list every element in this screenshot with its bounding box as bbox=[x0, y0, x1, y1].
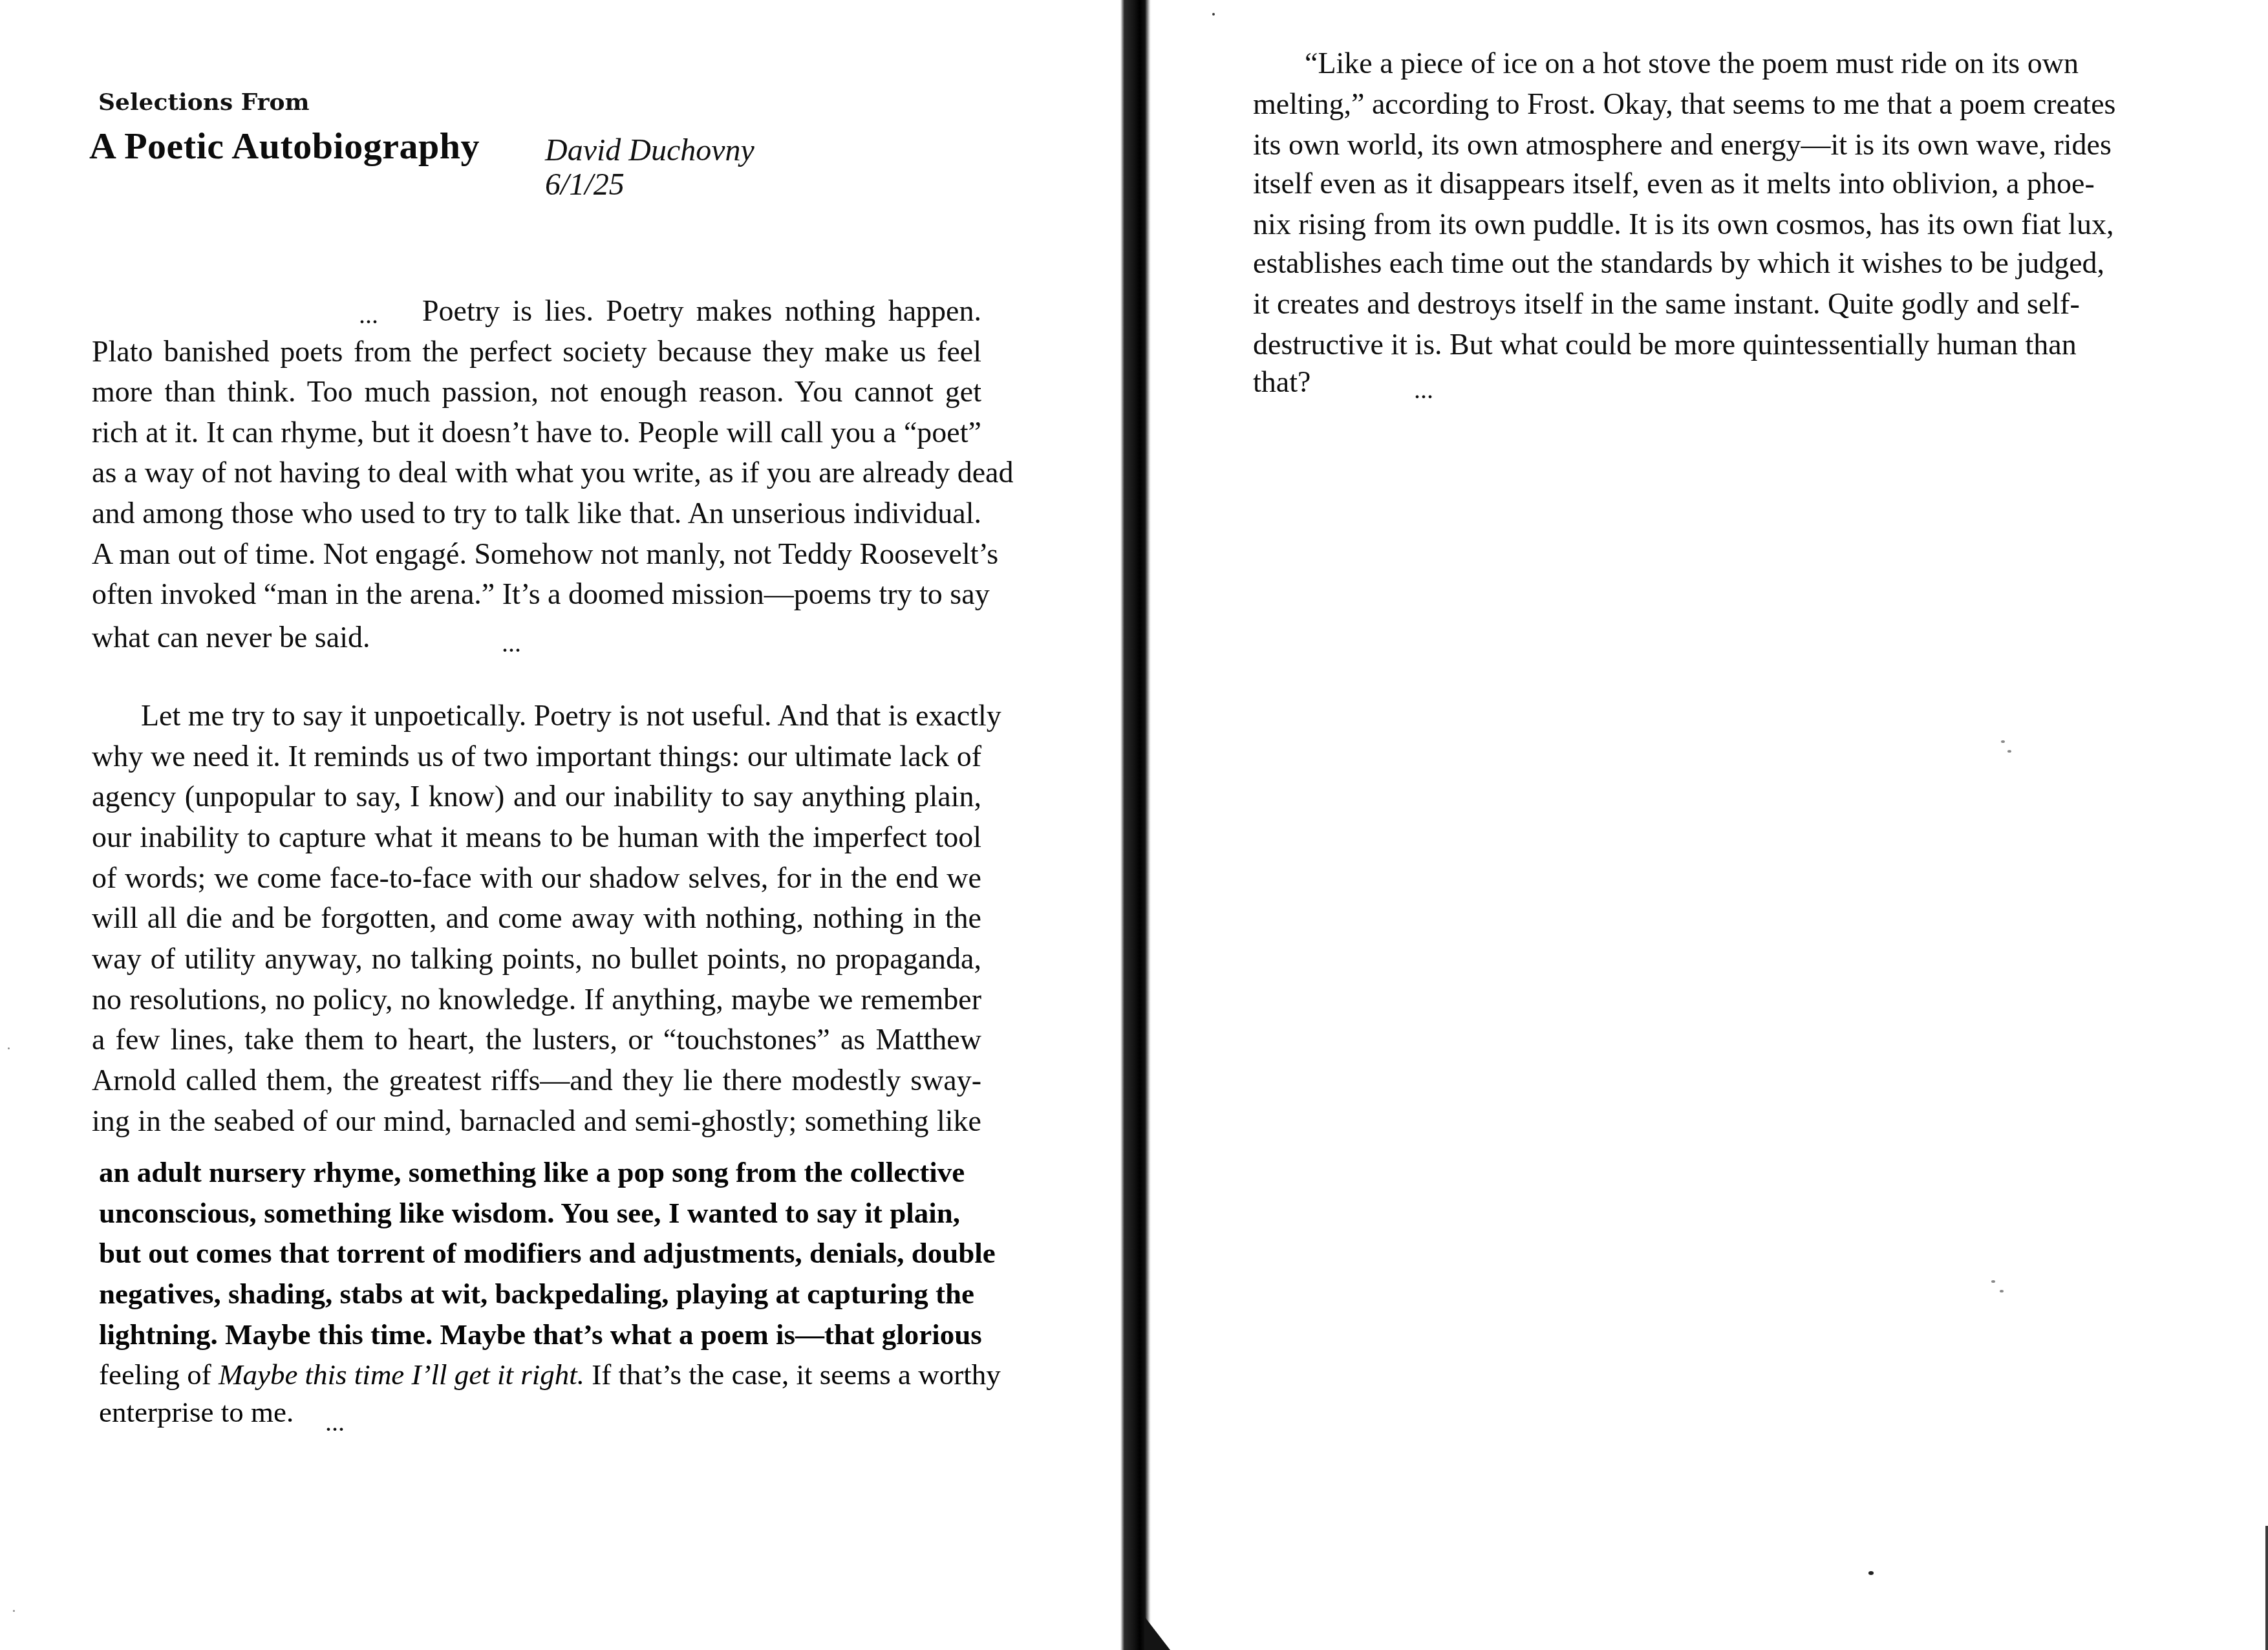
text-line: Arnold called them, the greatest riffs—a… bbox=[92, 1066, 981, 1095]
text-line: of words; we come face-to-face with our … bbox=[92, 863, 981, 893]
text-line: establishes each time out the standards … bbox=[1253, 248, 1973, 278]
text-line: agency (unpopular to say, I know) and ou… bbox=[92, 782, 981, 811]
text-line: Plato banished poets from the perfect so… bbox=[92, 337, 981, 367]
text-line: negatives, shading, stabs at wit, backpe… bbox=[99, 1280, 960, 1309]
text-line: nix rising from its own puddle. It is it… bbox=[1253, 209, 1973, 239]
book-spread: Selections From A Poetic Autobiography D… bbox=[0, 0, 2268, 1650]
text-line: no resolutions, no policy, no knowledge.… bbox=[92, 985, 981, 1014]
text-line: but out comes that torrent of modifiers … bbox=[99, 1239, 960, 1269]
right-page: “Like a piece of ice on a hot stove the … bbox=[1148, 0, 2268, 1650]
text-line-with-italic: feeling of Maybe this time I’ll get it r… bbox=[99, 1360, 960, 1390]
text-line: lightning. Maybe this time. Maybe that’s… bbox=[99, 1320, 960, 1350]
date: 6/1/25 bbox=[545, 167, 625, 202]
page-edge bbox=[2265, 1526, 2268, 1650]
scan-speck bbox=[2007, 750, 2011, 753]
ellipsis: ... bbox=[1414, 377, 1433, 403]
text-line: as a way of not having to deal with what… bbox=[92, 458, 981, 487]
text-line: Poetry is lies. Poetry makes nothing hap… bbox=[422, 296, 981, 326]
italic-phrase: Maybe this time I’ll get it right. bbox=[219, 1358, 584, 1391]
ellipsis: ... bbox=[325, 1409, 345, 1435]
scan-speck bbox=[8, 1047, 10, 1049]
page-title: A Poetic Autobiography bbox=[89, 124, 480, 167]
text-line: enterprise to me. bbox=[99, 1398, 294, 1428]
text-line: destructive it is. But what could be mor… bbox=[1253, 330, 1973, 359]
text-line: more than think. Too much passion, not e… bbox=[92, 377, 981, 407]
ellipsis: ... bbox=[359, 302, 378, 328]
text-line: its own world, its own atmosphere and en… bbox=[1253, 130, 1973, 160]
text-line: itself even as it disappears itself, eve… bbox=[1253, 169, 1973, 198]
text-line: ing in the seabed of our mind, barnacled… bbox=[92, 1106, 981, 1136]
text-line: rich at it. It can rhyme, but it doesn’t… bbox=[92, 418, 981, 447]
text-line: often invoked “man in the arena.” It’s a… bbox=[92, 579, 981, 609]
text-line: an adult nursery rhyme, something like a… bbox=[99, 1158, 960, 1188]
text-line: melting,” according to Frost. Okay, that… bbox=[1253, 89, 1973, 119]
section-kicker: Selections From bbox=[98, 89, 310, 116]
ellipsis: ... bbox=[502, 630, 521, 656]
text-line: what can never be said. bbox=[92, 623, 370, 652]
scan-speck bbox=[13, 1610, 15, 1612]
text-line: a few lines, take them to heart, the lus… bbox=[92, 1025, 981, 1055]
text-line: “Like a piece of ice on a hot stove the … bbox=[1305, 48, 1973, 78]
scan-speck bbox=[2001, 740, 2005, 743]
left-page: Selections From A Poetic Autobiography D… bbox=[0, 0, 1125, 1650]
scan-speck bbox=[1212, 13, 1215, 16]
text-line: our inability to capture what it means t… bbox=[92, 822, 981, 852]
scan-speck bbox=[1868, 1571, 1874, 1575]
text-line: Let me try to say it unpoetically. Poetr… bbox=[141, 701, 981, 731]
book-spine bbox=[1120, 0, 1151, 1650]
text-line: it creates and destroys itself in the sa… bbox=[1253, 289, 1973, 319]
text-line: unconscious, something like wisdom. You … bbox=[99, 1199, 960, 1228]
text-line: will all die and be forgotten, and come … bbox=[92, 903, 981, 933]
scan-speck bbox=[1991, 1280, 1995, 1283]
text-line: and among those who used to try to talk … bbox=[92, 498, 981, 528]
author-name: David Duchovny bbox=[545, 133, 754, 168]
text-line: way of utility anyway, no talking points… bbox=[92, 944, 981, 974]
text-segment: If that’s the case, it seems a worthy bbox=[584, 1358, 1001, 1391]
text-line: why we need it. It reminds us of two imp… bbox=[92, 742, 981, 771]
text-line: that? bbox=[1253, 367, 1311, 397]
text-line: A man out of time. Not engagé. Somehow n… bbox=[92, 539, 981, 569]
scan-speck bbox=[2000, 1290, 2004, 1292]
text-segment: feeling of bbox=[99, 1358, 219, 1391]
